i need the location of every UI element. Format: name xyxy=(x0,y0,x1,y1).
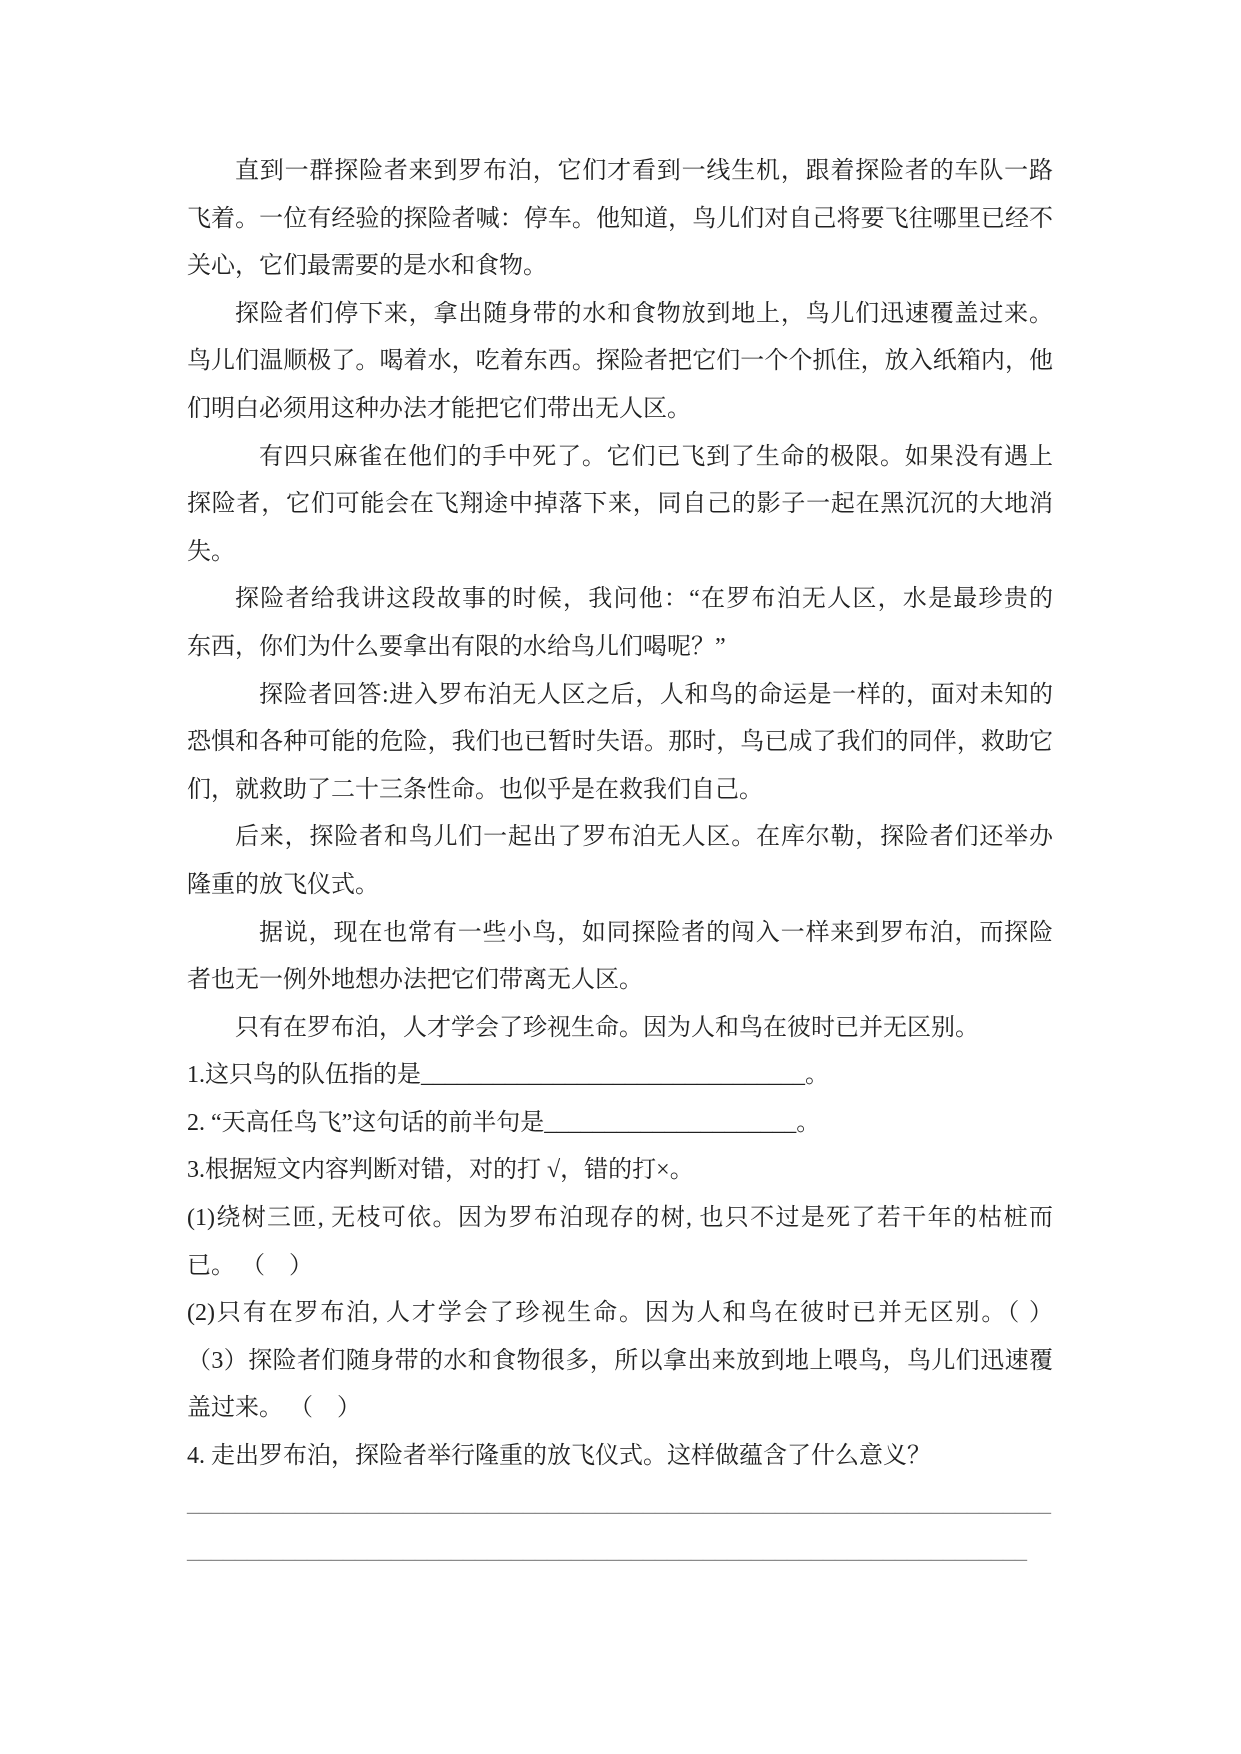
passage-line: 只有在罗布泊，人才学会了珍视生命。因为人和鸟在彼时已并无区别。 xyxy=(187,1005,1053,1053)
passage-line: 恐惧和各种可能的危险，我们也已暂时失语。那时，鸟已成了我们的同伴，救助它 xyxy=(187,719,1053,767)
answer-blank-line: ________________________________________… xyxy=(187,1481,1053,1529)
text-column: 直到一群探险者来到罗布泊，它们才看到一线生机，跟着探险者的车队一路飞着。一位有经… xyxy=(187,148,1053,1576)
passage-line: 探险者回答:进入罗布泊无人区之后，人和鸟的命运是一样的，面对未知的 xyxy=(187,672,1053,720)
answer-blank-line: ________________________________________… xyxy=(187,1528,1053,1576)
passage-line: 飞着。一位有经验的探险者喊：停车。他知道，鸟儿们对自己将要飞往哪里已经不 xyxy=(187,196,1053,244)
passage-line: 们，就救助了二十三条性命。也似乎是在救我们自己。 xyxy=(187,767,1053,815)
passage-line: 者也无一例外地想办法把它们带离无人区。 xyxy=(187,957,1053,1005)
worksheet-page: 直到一群探险者来到罗布泊，它们才看到一线生机，跟着探险者的车队一路飞着。一位有经… xyxy=(0,0,1241,1754)
passage-line: 东西，你们为什么要拿出有限的水给鸟儿们喝呢？” xyxy=(187,624,1053,672)
passage-line: 有四只麻雀在他们的手中死了。它们已飞到了生命的极限。如果没有遇上 xyxy=(187,434,1053,482)
question-line: 1.这只鸟的队伍指的是_____________________________… xyxy=(187,1052,1053,1100)
question-line: 2. “天高任鸟飞”这句话的前半句是_____________________。 xyxy=(187,1100,1053,1148)
question-line: 盖过来。 （ ） xyxy=(187,1385,1053,1433)
question-line: (1)绕树三匝, 无枝可依。因为罗布泊现存的树, 也只不过是死了若干年的枯桩而 xyxy=(187,1195,1053,1243)
passage-line: 探险者，它们可能会在飞翔途中掉落下来，同自己的影子一起在黑沉沉的大地消 xyxy=(187,481,1053,529)
question-line: 3.根据短文内容判断对错，对的打 √，错的打×。 xyxy=(187,1147,1053,1195)
passage-line: 鸟儿们温顺极了。喝着水，吃着东西。探险者把它们一个个抓住，放入纸箱内，他 xyxy=(187,338,1053,386)
question-line: 已。 （ ） xyxy=(187,1243,1053,1291)
passage-line: 后来，探险者和鸟儿们一起出了罗布泊无人区。在库尔勒，探险者们还举办 xyxy=(187,814,1053,862)
passage-line: 隆重的放飞仪式。 xyxy=(187,862,1053,910)
passage-line: 们明白必须用这种办法才能把它们带出无人区。 xyxy=(187,386,1053,434)
passage-line: 失。 xyxy=(187,529,1053,577)
passage-line: 据说，现在也常有一些小鸟，如同探险者的闯入一样来到罗布泊，而探险 xyxy=(187,910,1053,958)
question-line: (2)只有在罗布泊, 人才学会了珍视生命。因为人和鸟在彼时已并无区别。（ ） xyxy=(187,1290,1053,1338)
question-line: （3）探险者们随身带的水和食物很多，所以拿出来放到地上喂鸟，鸟儿们迅速覆 xyxy=(187,1338,1053,1386)
passage-line: 探险者给我讲这段故事的时候，我问他：“在罗布泊无人区，水是最珍贵的 xyxy=(187,576,1053,624)
passage-line: 直到一群探险者来到罗布泊，它们才看到一线生机，跟着探险者的车队一路 xyxy=(187,148,1053,196)
question-line: 4. 走出罗布泊，探险者举行隆重的放飞仪式。这样做蕴含了什么意义？ xyxy=(187,1433,1053,1481)
passage-line: 探险者们停下来，拿出随身带的水和食物放到地上，鸟儿们迅速覆盖过来。 xyxy=(187,291,1053,339)
passage-line: 关心，它们最需要的是水和食物。 xyxy=(187,243,1053,291)
